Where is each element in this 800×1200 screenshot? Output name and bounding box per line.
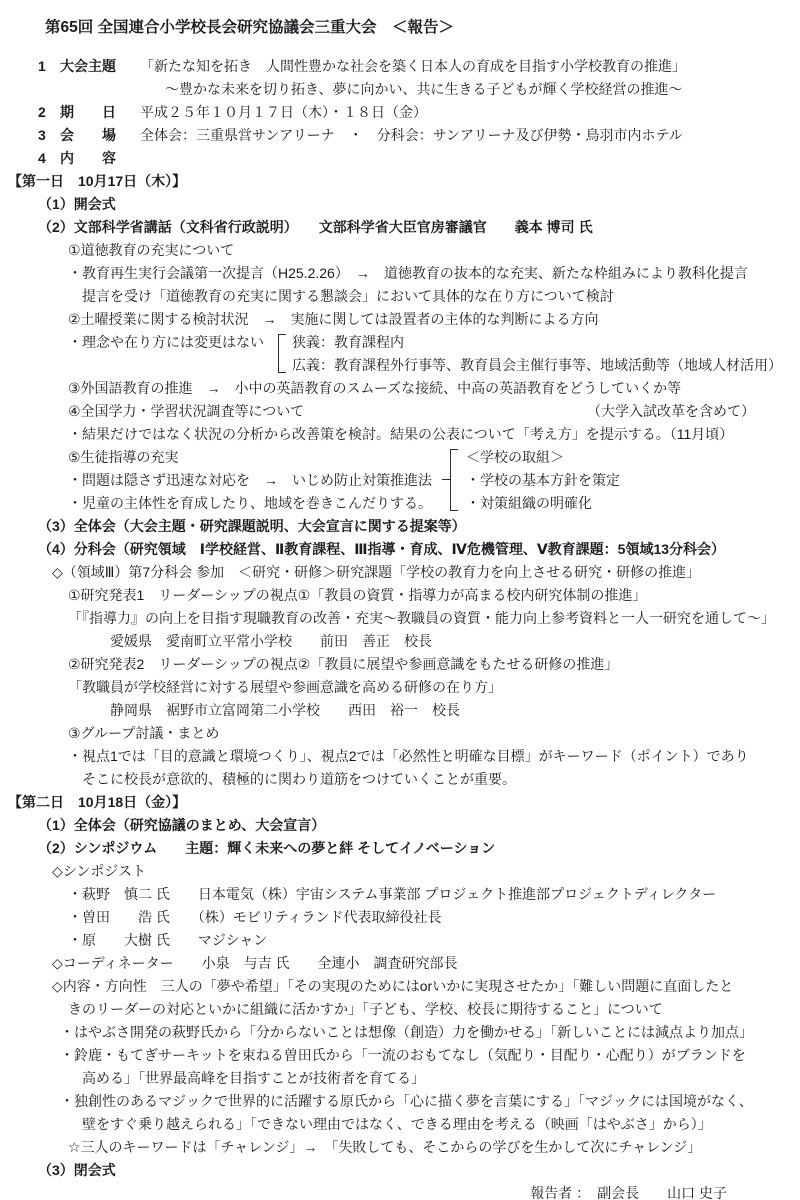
text-line: ③外国語教育の推進 → 小中の英語教育のスムーズな接続、中高の英語教育をどうして… — [0, 377, 800, 400]
text-line: ◇内容・方向性 三人の「夢や希望」「その実現のためにはorいかに実現させたか」「… — [0, 975, 800, 998]
text-line: ◇（領域Ⅲ）第7分科会 参加 ＜研究・研修＞研究課題「学校の教育力を向上させる研… — [0, 561, 800, 584]
text-line: きのリーダーの対応といかに組織に活かすか」「子ども、学校、校長に期待すること」に… — [0, 998, 800, 1021]
text-line: ②研究発表2 リーダーシップの視点②「教員に展望や参画意識をもたせる研修の推進」 — [0, 653, 800, 676]
text-line: ◇シンポジスト — [0, 860, 800, 883]
text-line: 「教職員が学校経営に対する展望や参画意識を高める研修の在り方」 — [0, 676, 800, 699]
text-line: 狭義：教育課程内 — [292, 331, 800, 354]
field-row: 1大会主題「新たな知を拓き 人間性豊かな社会を築く日本人の育成を目指す小学校教育… — [0, 55, 800, 78]
section-heading: （1）全体会（研究協議のまとめ、大会宣言） — [0, 814, 800, 837]
field-number: 1 — [38, 55, 60, 78]
field-label: 期 日 — [60, 101, 140, 124]
text-line: ・鈴鹿・もてぎサーキットを束ねる曽田氏から「一流のおもてなし（気配り・目配り・心… — [0, 1044, 800, 1067]
text-line: ・結果だけではなく状況の分析から改善策を検討。結果の公表について「考え方」を提示… — [0, 423, 800, 446]
text-line: 高める」「世界最高峰を目指すことが技術者を育てる」 — [0, 1067, 800, 1090]
section-heading: （1）開会式 — [0, 193, 800, 216]
field-value: 平成２５年１０月１７日（木）・１８日（金） — [140, 101, 427, 124]
text-line: ・独創性のあるマジックで世界的に活躍する原氏から「心に描く夢を言葉にする」「マジ… — [0, 1090, 800, 1113]
section-heading: （2）シンポジウム 主題：輝く未来への夢と絆 そしてイノベーション — [0, 837, 800, 860]
field-number: 4 — [38, 147, 60, 170]
text-line: そこに校長が意欲的、積極的に関わり道筋をつけていくことが重要。 — [0, 768, 800, 791]
section-heading: 【第二日 10月18日（金）】 — [0, 791, 800, 814]
text-line: ～豊かな未来を切り拓き、夢に向かい、共に生きる子どもが輝く学校経営の推進～ — [0, 78, 800, 101]
bracket-left-column: ・理念や在り方には変更はない — [68, 331, 264, 354]
document-body: 1大会主題「新たな知を拓き 人間性豊かな社会を築く日本人の育成を目指す小学校教育… — [0, 55, 800, 1200]
text-line: ・萩野 慎二 氏 日本電気（株）宇宙システム事業部 プロジェクト推進部プロジェク… — [0, 883, 800, 906]
field-label: 内 容 — [60, 147, 140, 170]
text-line: ・視点1では「目的意識と環境つくり」、視点2では「必然性と明確な目標」がキーワー… — [0, 745, 800, 768]
text-line: ③グループ討議・まとめ — [0, 722, 800, 745]
text-line: ②土曜授業に関する検討状況 → 実施に関しては設置者の主体的な判断による方向 — [0, 308, 800, 331]
text-line: 提言を受け「道徳教育の充実に関する懇談会」において具体的な在り方について検討 — [0, 285, 800, 308]
field-row: 3会 場全体会：三重県営サンアリーナ ・ 分科会：サンアリーナ及び伊勢・鳥羽市内… — [0, 124, 800, 147]
text-line: ・問題は隠さず迅速な対応を → いじめ防止対策推進法 — [68, 469, 432, 492]
section-heading: （2）文部科学省講話（文科省行政説明） 文部科学省大臣官房審議官 義本 博司 氏 — [0, 216, 800, 239]
report-signature: 報告者 ： 副会長 山口 史子 — [0, 1182, 800, 1200]
text-line: ・学校の基本方針を策定 — [466, 469, 800, 492]
field-label: 大会主題 — [60, 55, 140, 78]
text-line: ・理念や在り方には変更はない — [68, 331, 264, 354]
text-line: 壁をすぐ乗り越えられる」「できない理由ではなく、できる理由を考える（映画「はやぶ… — [0, 1113, 800, 1136]
field-label: 会 場 — [60, 124, 140, 147]
text-line: ・曽田 浩 氏 （株）モビリティランド代表取締役社長 — [0, 906, 800, 929]
field-row: 4内 容 — [0, 147, 800, 170]
split-line: ④全国学力・学習状況調査等について（大学入試改革を含めて） — [0, 400, 800, 423]
text-line: 静岡県 裾野市立富岡第二小学校 西田 裕一 校長 — [0, 699, 800, 722]
split-left-text: ④全国学力・学習状況調査等について — [68, 400, 304, 423]
text-line: ☆三人のキーワードは「チャレンジ」→ 「失敗しても、そこからの学びを生かして次に… — [0, 1136, 800, 1159]
text-line: 愛媛県 愛南町立平常小学校 前田 善正 校長 — [0, 630, 800, 653]
document-page: 第65回 全国連合小学校長会研究協議会三重大会 ＜報告＞ 1大会主題「新たな知を… — [0, 0, 800, 1200]
text-line: ・はやぶさ開発の萩野氏から「分からないことは想像（創造）力を働かせる」「新しいこ… — [0, 1021, 800, 1044]
text-line: ・原 大樹 氏 マジシャン — [0, 929, 800, 952]
section-heading: （3）全体会（大会主題・研究課題説明、大会宣言に関する提案等） — [0, 515, 800, 538]
text-line: ＜学校の取組＞ — [466, 446, 800, 469]
page-title: 第65回 全国連合小学校長会研究協議会三重大会 ＜報告＞ — [0, 16, 800, 39]
field-number: 3 — [38, 124, 60, 147]
section-heading: 【第一日 10月17日（木）】 — [0, 170, 800, 193]
bracket-shape — [450, 449, 458, 511]
split-right-text: （大学入試改革を含めて） — [587, 400, 800, 423]
text-line: 「『指導力』の向上を目指す現職教育の改善・充実～教職員の資質・能力向上参考資料と… — [0, 607, 800, 630]
field-value: 全体会：三重県営サンアリーナ ・ 分科会：サンアリーナ及び伊勢・鳥羽市内ホテル — [140, 124, 683, 147]
bracket-shape — [278, 334, 286, 373]
bracket-group: ・理念や在り方には変更はない狭義：教育課程内広義：教育課程外行事等、教育員会主催… — [0, 331, 800, 377]
text-line: ・対策組織の明確化 — [466, 492, 800, 515]
text-line: ①道徳教育の充実について — [0, 239, 800, 262]
section-heading: （4）分科会（研究領域 Ⅰ学校経営、Ⅱ教育課程、Ⅲ指導・育成、Ⅳ危機管理、Ⅴ教育… — [0, 538, 800, 561]
bracket-left-column: ⑤生徒指導の充実・問題は隠さず迅速な対応を → いじめ防止対策推進法・児童の主体… — [68, 446, 432, 515]
text-line: ◇コーディネーター 小泉 与吉 氏 全連小 調査研究部長 — [0, 952, 800, 975]
field-row: 2期 日平成２５年１０月１７日（木）・１８日（金） — [0, 101, 800, 124]
text-line: ・児童の主体性を育成したり、地域を巻きこんだりする。 — [68, 492, 432, 515]
text-line: 広義：教育課程外行事等、教育員会主催行事等、地域活動等（地域人材活用） — [292, 354, 800, 377]
bracket-group: ⑤生徒指導の充実・問題は隠さず迅速な対応を → いじめ防止対策推進法・児童の主体… — [0, 446, 800, 515]
field-value: 「新たな知を拓き 人間性豊かな社会を築く日本人の育成を目指す小学校教育の推進」 — [140, 55, 686, 78]
section-heading: （3）閉会式 — [0, 1159, 800, 1182]
text-line: ・教育再生実行会議第一次提言（H25.2.26） → 道徳教育の抜本的な充実、新… — [0, 262, 800, 285]
text-line: ①研究発表1 リーダーシップの視点①「教員の資質・指導力が高まる校内研究体制の推… — [0, 584, 800, 607]
field-number: 2 — [38, 101, 60, 124]
text-line: ⑤生徒指導の充実 — [68, 446, 432, 469]
